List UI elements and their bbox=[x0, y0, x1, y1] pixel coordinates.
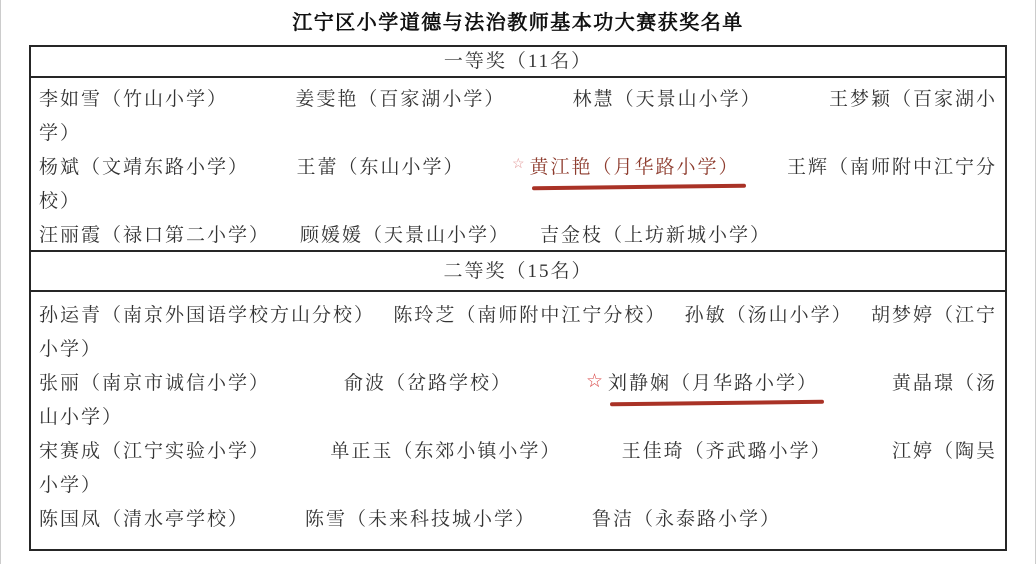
awards-table: 一等奖（11名）李如雪（竹山小学）姜雯艳（百家湖小学）林慧（天景山小学）王梦颖（… bbox=[29, 45, 1007, 551]
entry-text: 吉金枝（上坊新城小学） bbox=[540, 220, 771, 247]
entry-text: 张丽（南京市诚信小学） bbox=[39, 368, 270, 395]
award-entry: 宋赛成（江宁实验小学） bbox=[39, 436, 270, 463]
award-entry: 孙敏（汤山小学） bbox=[685, 300, 853, 327]
award-entry: 李如雪（竹山小学） bbox=[39, 84, 228, 111]
award-entry: 单正玉（东郊小镇小学） bbox=[330, 436, 561, 463]
entry-text: 杨斌（文靖东路小学） bbox=[39, 152, 249, 179]
entry-text: 黄江艳（月华路小学） bbox=[530, 152, 740, 179]
award-line: 汪丽霞（禄口第二小学）顾媛媛（天景山小学）吉金枝（上坊新城小学） bbox=[39, 216, 997, 250]
award-entry: 陈雪（未来科技城小学） bbox=[305, 504, 536, 531]
award-entry: 江婷（陶吴 bbox=[892, 436, 997, 463]
award-entry: 小学） bbox=[39, 334, 102, 361]
section-header: 二等奖（15名） bbox=[31, 250, 1005, 292]
award-entry: 吉金枝（上坊新城小学） bbox=[540, 220, 771, 247]
award-line: 宋赛成（江宁实验小学）单正玉（东郊小镇小学）王佳琦（齐武璐小学）江婷（陶吴 bbox=[39, 432, 997, 466]
section-body: 李如雪（竹山小学）姜雯艳（百家湖小学）林慧（天景山小学）王梦颖（百家湖小学）杨斌… bbox=[31, 78, 1005, 250]
award-entry-highlighted: ☆刘静娴（月华路小学） bbox=[586, 368, 818, 395]
star-icon: ☆ bbox=[512, 158, 527, 172]
award-line: 小学） bbox=[39, 330, 997, 364]
entry-text: 李如雪（竹山小学） bbox=[39, 84, 228, 111]
award-entry: 王梦颖（百家湖小 bbox=[829, 84, 997, 111]
award-entry: 姜雯艳（百家湖小学） bbox=[295, 84, 505, 111]
entry-text: 宋赛成（江宁实验小学） bbox=[39, 436, 270, 463]
award-entry: 胡梦婷（江宁 bbox=[871, 300, 997, 327]
entry-text: 俞波（岔路学校） bbox=[344, 368, 512, 395]
award-entry: 陈国凤（清水亭学校） bbox=[39, 504, 249, 531]
award-entry: 黄晶璟（汤 bbox=[892, 368, 997, 395]
entry-text: 陈玲芝（南师附中江宁分校） bbox=[393, 300, 666, 327]
entry-text: 汪丽霞（禄口第二小学） bbox=[39, 220, 270, 247]
entry-text: 王梦颖（百家湖小 bbox=[829, 84, 997, 111]
award-line: 陈国凤（清水亭学校）陈雪（未来科技城小学）鲁洁（永泰路小学） bbox=[39, 500, 997, 534]
entry-text: 刘静娴（月华路小学） bbox=[608, 368, 818, 395]
award-line: 校） bbox=[39, 182, 997, 216]
page-title: 江宁区小学道德与法治教师基本功大赛获奖名单 bbox=[1, 6, 1035, 35]
entry-text: 王辉（南师附中江宁分 bbox=[787, 152, 997, 179]
entry-text: 林慧（天景山小学） bbox=[573, 84, 762, 111]
award-entry: 俞波（岔路学校） bbox=[344, 368, 512, 395]
award-line: 李如雪（竹山小学）姜雯艳（百家湖小学）林慧（天景山小学）王梦颖（百家湖小 bbox=[39, 80, 997, 114]
award-entry: 王辉（南师附中江宁分 bbox=[787, 152, 997, 179]
award-line: 张丽（南京市诚信小学）俞波（岔路学校）☆刘静娴（月华路小学）黄晶璟（汤 bbox=[39, 364, 997, 398]
award-entry: 王佳琦（齐武璐小学） bbox=[622, 436, 832, 463]
award-entry: 小学） bbox=[39, 470, 102, 497]
entry-text: 孙运青（南京外国语学校方山分校） bbox=[39, 300, 375, 327]
award-entry: 鲁洁（永泰路小学） bbox=[592, 504, 781, 531]
entry-text: 王佳琦（齐武璐小学） bbox=[622, 436, 832, 463]
award-entry: 王蕾（东山小学） bbox=[296, 152, 464, 179]
award-entry: 学） bbox=[39, 118, 81, 145]
entry-text: 鲁洁（永泰路小学） bbox=[592, 504, 781, 531]
entry-text: 顾媛媛（天景山小学） bbox=[300, 220, 510, 247]
award-entry: 校） bbox=[39, 186, 81, 213]
entry-text: 单正玉（东郊小镇小学） bbox=[330, 436, 561, 463]
entry-text: 小学） bbox=[39, 334, 102, 361]
award-entry: 汪丽霞（禄口第二小学） bbox=[39, 220, 270, 247]
award-entry: 孙运青（南京外国语学校方山分校） bbox=[39, 300, 375, 327]
award-line: 杨斌（文靖东路小学）王蕾（东山小学）☆黄江艳（月华路小学）王辉（南师附中江宁分 bbox=[39, 148, 997, 182]
entry-text: 孙敏（汤山小学） bbox=[685, 300, 853, 327]
entry-text: 小学） bbox=[39, 470, 102, 497]
award-entry: 张丽（南京市诚信小学） bbox=[39, 368, 270, 395]
entry-text: 姜雯艳（百家湖小学） bbox=[295, 84, 505, 111]
entry-text: 山小学） bbox=[39, 402, 123, 429]
section-body: 孙运青（南京外国语学校方山分校）陈玲芝（南师附中江宁分校）孙敏（汤山小学）胡梦婷… bbox=[31, 292, 1005, 534]
award-line: 孙运青（南京外国语学校方山分校）陈玲芝（南师附中江宁分校）孙敏（汤山小学）胡梦婷… bbox=[39, 296, 997, 330]
award-entry: 顾媛媛（天景山小学） bbox=[300, 220, 510, 247]
award-entry: 杨斌（文靖东路小学） bbox=[39, 152, 249, 179]
award-line: 小学） bbox=[39, 466, 997, 500]
entry-text: 学） bbox=[39, 118, 81, 145]
award-entry: 陈玲芝（南师附中江宁分校） bbox=[393, 300, 666, 327]
award-entry: 林慧（天景山小学） bbox=[573, 84, 762, 111]
entry-text: 江婷（陶吴 bbox=[892, 436, 997, 463]
star-icon: ☆ bbox=[586, 372, 605, 391]
award-line: 山小学） bbox=[39, 398, 997, 432]
entry-text: 胡梦婷（江宁 bbox=[871, 300, 997, 327]
document-page: 江宁区小学道德与法治教师基本功大赛获奖名单 一等奖（11名）李如雪（竹山小学）姜… bbox=[0, 0, 1036, 564]
award-entry-highlighted: ☆黄江艳（月华路小学） bbox=[512, 152, 740, 179]
section-header: 一等奖（11名） bbox=[31, 47, 1005, 78]
entry-text: 王蕾（东山小学） bbox=[296, 152, 464, 179]
award-entry: 山小学） bbox=[39, 402, 123, 429]
entry-text: 陈国凤（清水亭学校） bbox=[39, 504, 249, 531]
award-line: 学） bbox=[39, 114, 997, 148]
entry-text: 陈雪（未来科技城小学） bbox=[305, 504, 536, 531]
entry-text: 校） bbox=[39, 186, 81, 213]
entry-text: 黄晶璟（汤 bbox=[892, 368, 997, 395]
